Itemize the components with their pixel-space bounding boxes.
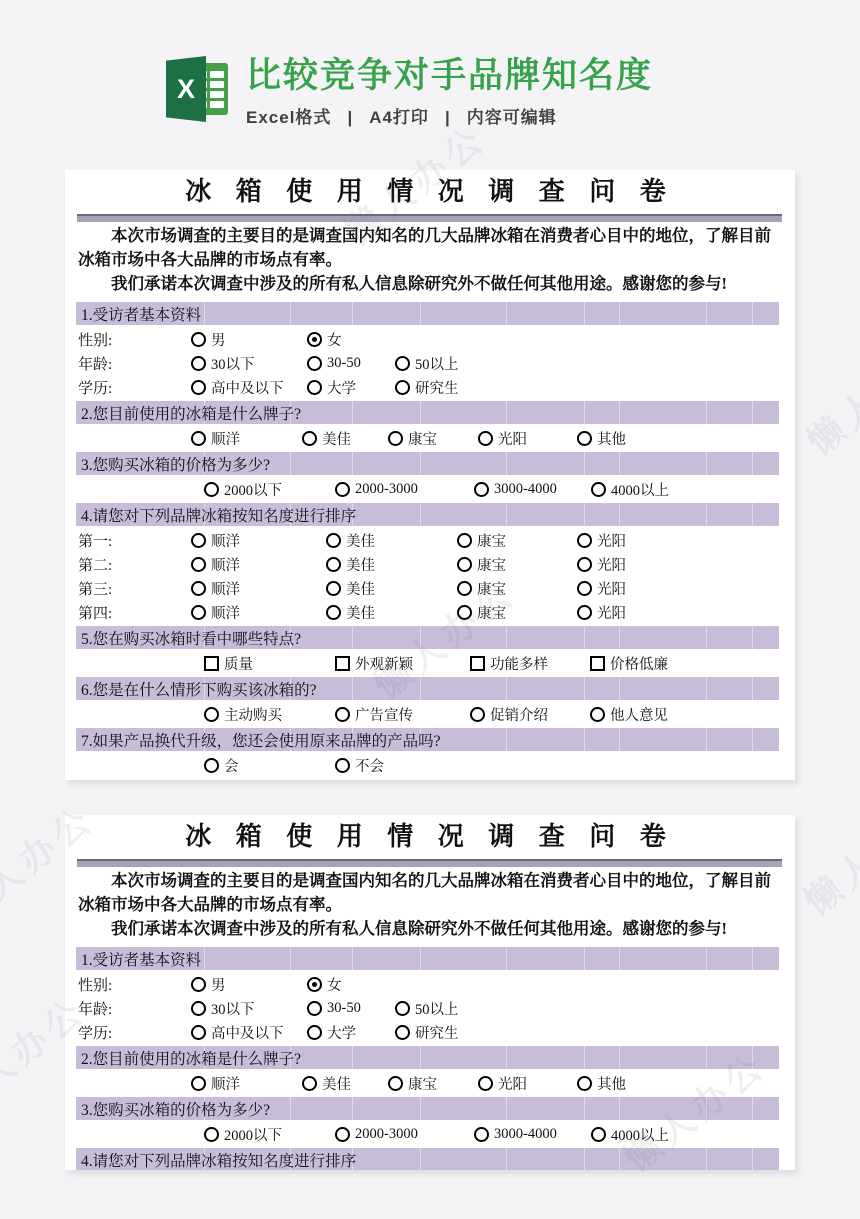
radio-icon (326, 533, 341, 548)
radio-option[interactable]: 康宝 (457, 602, 577, 623)
radio-option[interactable]: 顺洋 (191, 554, 326, 575)
radio-option[interactable]: 美佳 (326, 530, 457, 551)
radio-option[interactable]: 光阳 (577, 578, 626, 599)
radio-option[interactable]: 2000-3000 (335, 481, 474, 498)
intro-text: 本次市场调查的主要目的是调查国内知名的几大品牌冰箱在消费者心目中的地位，了解目前… (78, 869, 781, 941)
row-label: 第三: (65, 578, 191, 599)
age-row: 年龄: 30以下 30-50 50以上 (65, 353, 795, 374)
option-label: 大学 (327, 377, 356, 398)
section-7-header: 7.如果产品换代升级，您还会使用原来品牌的产品吗? (76, 728, 779, 751)
radio-option[interactable]: 会 (204, 755, 335, 776)
option-label: 2000-3000 (355, 1126, 418, 1143)
age-row: 年龄: 30以下 30-50 50以上 (65, 998, 795, 1019)
questionnaire-title: 冰 箱 使 用 情 况 调 查 问 卷 (65, 170, 795, 212)
radio-icon (307, 1001, 322, 1016)
section-3-header: 3.您购买冰箱的价格为多少? (76, 452, 779, 475)
radio-icon (191, 431, 206, 446)
radio-icon (388, 431, 403, 446)
option-label: 光阳 (597, 530, 626, 551)
checkbox-option[interactable]: 功能多样 (470, 653, 590, 674)
radio-icon (335, 482, 350, 497)
option-label: 高中及以下 (211, 1022, 284, 1043)
radio-icon (204, 707, 219, 722)
section-1-header: 1.受访者基本资料 (76, 302, 779, 325)
option-label: 广告宣传 (355, 704, 413, 725)
radio-icon (191, 557, 206, 572)
radio-icon (478, 1076, 493, 1091)
radio-icon (191, 356, 206, 371)
radio-option[interactable]: 康宝 (457, 578, 577, 599)
radio-icon (577, 557, 592, 572)
questionnaire-card-1: 冰 箱 使 用 情 况 调 查 问 卷 本次市场调查的主要目的是调查国内知名的几… (65, 170, 795, 780)
watermark: 懒人办公 (795, 322, 860, 466)
radio-icon (457, 533, 472, 548)
radio-icon-selected (307, 332, 322, 347)
radio-option[interactable]: 4000以上 (591, 1124, 669, 1145)
option-label: 顺洋 (211, 530, 240, 551)
option-label: 光阳 (597, 602, 626, 623)
option-label: 2000以下 (224, 479, 282, 500)
excel-x-logo: X (166, 56, 206, 122)
radio-icon (191, 380, 206, 395)
radio-option[interactable]: 女 (307, 329, 342, 350)
radio-icon (326, 605, 341, 620)
section-4-header: 4.请您对下列品牌冰箱按知名度进行排序 (76, 503, 779, 526)
radio-option[interactable]: 50以上 (395, 353, 459, 374)
radio-icon (591, 482, 606, 497)
radio-option[interactable]: 美佳 (302, 428, 388, 449)
radio-option[interactable]: 康宝 (457, 530, 577, 551)
radio-option[interactable]: 促销介绍 (470, 704, 590, 725)
option-label: 顺洋 (211, 554, 240, 575)
radio-option[interactable]: 光阳 (478, 1073, 577, 1094)
option-label: 2000-3000 (355, 481, 418, 498)
radio-option[interactable]: 主动购买 (204, 704, 335, 725)
radio-option[interactable]: 不会 (335, 755, 384, 776)
radio-icon (191, 977, 206, 992)
option-label: 研究生 (415, 377, 459, 398)
radio-icon (577, 533, 592, 548)
intro-paragraph: 本次市场调查的主要目的是调查国内知名的几大品牌冰箱在消费者心目中的地位，了解目前… (78, 224, 781, 272)
radio-icon (191, 1076, 206, 1091)
option-label: 康宝 (477, 578, 506, 599)
radio-option[interactable]: 男 (191, 974, 307, 995)
radio-icon (204, 1127, 219, 1142)
option-label: 康宝 (408, 1073, 437, 1094)
option-label: 顺洋 (211, 578, 240, 599)
option-label: 3000-4000 (494, 1126, 557, 1143)
radio-option[interactable]: 广告宣传 (335, 704, 470, 725)
option-label: 4000以上 (611, 1124, 669, 1145)
gender-row: 性别: 男 女 (65, 329, 795, 350)
option-label: 高中及以下 (211, 377, 284, 398)
education-row: 学历: 高中及以下 大学 研究生 (65, 377, 795, 398)
loyalty-row: 会 不会 (65, 755, 795, 776)
rank-row-2: 第二: 顺洋 美佳 康宝 光阳 (65, 554, 795, 575)
radio-option[interactable]: 2000-3000 (335, 1126, 474, 1143)
header-text: 比较竞争对手品牌知名度 Excel格式|A4打印|内容可编辑 (246, 56, 653, 128)
radio-option[interactable]: 高中及以下 (191, 1022, 307, 1043)
radio-option[interactable]: 50以上 (395, 998, 459, 1019)
radio-option[interactable]: 美佳 (302, 1073, 388, 1094)
radio-icon (577, 581, 592, 596)
radio-option[interactable]: 30以下 (191, 353, 307, 374)
option-label: 30以下 (211, 998, 255, 1019)
radio-option[interactable]: 顺洋 (191, 1073, 302, 1094)
section-2-header: 2.您目前使用的冰箱是什么牌子? (76, 401, 779, 424)
option-label: 男 (211, 974, 226, 995)
radio-option[interactable]: 其他 (577, 428, 626, 449)
radio-icon (307, 380, 322, 395)
option-label: 3000-4000 (494, 481, 557, 498)
radio-icon (395, 356, 410, 371)
option-label: 光阳 (498, 428, 527, 449)
radio-icon (307, 1025, 322, 1040)
radio-icon (388, 1076, 403, 1091)
title-divider (77, 859, 782, 867)
section-5-header: 5.您在购买冰箱时看中哪些特点? (76, 626, 779, 649)
gender-row: 性别: 男 女 (65, 974, 795, 995)
option-label: 顺洋 (211, 1073, 240, 1094)
radio-option[interactable]: 大学 (307, 1022, 395, 1043)
option-label: 其他 (597, 428, 626, 449)
intro-paragraph: 我们承诺本次调查中涉及的所有私人信息除研究外不做任何其他用途。感谢您的参与! (78, 272, 781, 296)
radio-option[interactable]: 30以下 (191, 998, 307, 1019)
option-label: 康宝 (477, 554, 506, 575)
option-label: 光阳 (597, 554, 626, 575)
checkbox-option[interactable]: 价格低廉 (590, 653, 668, 674)
watermark: 懒人办公 (792, 782, 860, 926)
excel-icon: X (166, 56, 230, 122)
brand-row: 顺洋 美佳 康宝 光阳 其他 (65, 428, 795, 449)
radio-option[interactable]: 光阳 (577, 530, 626, 551)
radio-option[interactable]: 2000以下 (204, 479, 335, 500)
option-label: 美佳 (346, 530, 375, 551)
page-subtitle: Excel格式|A4打印|内容可编辑 (246, 103, 653, 128)
checkbox-icon (590, 656, 605, 671)
format-badge: Excel格式 (246, 108, 331, 127)
radio-option[interactable]: 他人意见 (590, 704, 668, 725)
radio-icon (474, 482, 489, 497)
radio-icon (326, 557, 341, 572)
questionnaire-card-2: 冰 箱 使 用 情 况 调 查 问 卷 本次市场调查的主要目的是调查国内知名的几… (65, 815, 795, 1170)
radio-option[interactable]: 顺洋 (191, 530, 326, 551)
radio-option[interactable]: 其他 (577, 1073, 626, 1094)
option-label: 康宝 (477, 602, 506, 623)
radio-icon (302, 431, 317, 446)
row-label: 学历: (65, 1022, 191, 1043)
option-label: 30-50 (327, 1000, 361, 1017)
radio-option[interactable]: 4000以上 (591, 479, 669, 500)
price-row: 2000以下 2000-3000 3000-4000 4000以上 (65, 479, 795, 500)
option-label: 女 (327, 974, 342, 995)
radio-option[interactable]: 光阳 (478, 428, 577, 449)
row-label: 性别: (65, 974, 191, 995)
row-label: 年龄: (65, 353, 191, 374)
option-label: 价格低廉 (610, 653, 668, 674)
section-2-header: 2.您目前使用的冰箱是什么牌子? (76, 1046, 779, 1069)
option-label: 他人意见 (610, 704, 668, 725)
price-row: 2000以下 2000-3000 3000-4000 4000以上 (65, 1124, 795, 1145)
radio-icon (191, 1001, 206, 1016)
radio-option[interactable]: 2000以下 (204, 1124, 335, 1145)
page-title: 比较竞争对手品牌知名度 (246, 56, 653, 96)
checkbox-option[interactable]: 外观新颖 (335, 653, 470, 674)
checkbox-icon (470, 656, 485, 671)
option-label: 顺洋 (211, 602, 240, 623)
radio-icon (335, 707, 350, 722)
option-label: 美佳 (322, 1073, 351, 1094)
radio-option[interactable]: 高中及以下 (191, 377, 307, 398)
radio-option[interactable]: 美佳 (326, 554, 457, 575)
radio-icon (395, 1025, 410, 1040)
option-label: 30以下 (211, 353, 255, 374)
radio-icon (326, 581, 341, 596)
radio-option[interactable]: 康宝 (388, 428, 478, 449)
radio-icon (478, 431, 493, 446)
option-label: 质量 (224, 653, 253, 674)
radio-option[interactable]: 研究生 (395, 1022, 459, 1043)
separator: | (445, 108, 451, 127)
questionnaire-title: 冰 箱 使 用 情 况 调 查 问 卷 (65, 815, 795, 857)
section-3-header: 3.您购买冰箱的价格为多少? (76, 1097, 779, 1120)
radio-option[interactable]: 大学 (307, 377, 395, 398)
radio-icon (204, 482, 219, 497)
intro-paragraph: 本次市场调查的主要目的是调查国内知名的几大品牌冰箱在消费者心目中的地位，了解目前… (78, 869, 781, 917)
option-label: 促销介绍 (490, 704, 548, 725)
radio-icon-selected (307, 977, 322, 992)
radio-icon (395, 380, 410, 395)
site-header: X 比较竞争对手品牌知名度 Excel格式|A4打印|内容可编辑 (166, 56, 653, 128)
radio-icon (191, 1025, 206, 1040)
radio-icon (591, 1127, 606, 1142)
brand-row: 顺洋 美佳 康宝 光阳 其他 (65, 1073, 795, 1094)
radio-option[interactable]: 光阳 (577, 554, 626, 575)
radio-option[interactable]: 顺洋 (191, 428, 302, 449)
radio-icon (307, 356, 322, 371)
intro-text: 本次市场调查的主要目的是调查国内知名的几大品牌冰箱在消费者心目中的地位，了解目前… (78, 224, 781, 296)
radio-icon (191, 332, 206, 347)
option-label: 康宝 (477, 530, 506, 551)
purchase-context-row: 主动购买 广告宣传 促销介绍 他人意见 (65, 704, 795, 725)
radio-icon (204, 758, 219, 773)
option-label: 30-50 (327, 355, 361, 372)
radio-icon (302, 1076, 317, 1091)
radio-option[interactable]: 顺洋 (191, 578, 326, 599)
option-label: 康宝 (408, 428, 437, 449)
row-label: 学历: (65, 377, 191, 398)
radio-option[interactable]: 30-50 (307, 355, 395, 372)
option-label: 美佳 (322, 428, 351, 449)
radio-option[interactable]: 美佳 (326, 578, 457, 599)
radio-icon (457, 581, 472, 596)
option-label: 不会 (355, 755, 384, 776)
radio-option[interactable]: 3000-4000 (474, 1126, 591, 1143)
radio-option[interactable]: 顺洋 (191, 602, 326, 623)
row-label: 年龄: (65, 998, 191, 1019)
checkbox-icon (204, 656, 219, 671)
option-label: 50以上 (415, 353, 459, 374)
radio-icon (457, 557, 472, 572)
section-1-header: 1.受访者基本资料 (76, 947, 779, 970)
radio-option[interactable]: 3000-4000 (474, 481, 591, 498)
section-6-header: 6.您是在什么情形下购买该冰箱的? (76, 677, 779, 700)
row-label: 第一: (65, 530, 191, 551)
intro-paragraph: 我们承诺本次调查中涉及的所有私人信息除研究外不做任何其他用途。感谢您的参与! (78, 917, 781, 941)
radio-option[interactable]: 女 (307, 974, 342, 995)
radio-option[interactable]: 康宝 (457, 554, 577, 575)
option-label: 50以上 (415, 998, 459, 1019)
row-label: 性别: (65, 329, 191, 350)
option-label: 功能多样 (490, 653, 548, 674)
radio-icon (470, 707, 485, 722)
row-label: 第四: (65, 602, 191, 623)
radio-icon (457, 605, 472, 620)
option-label: 美佳 (346, 602, 375, 623)
option-label: 光阳 (498, 1073, 527, 1094)
radio-icon (590, 707, 605, 722)
radio-icon (395, 1001, 410, 1016)
option-label: 研究生 (415, 1022, 459, 1043)
education-row: 学历: 高中及以下 大学 研究生 (65, 1022, 795, 1043)
row-label: 第二: (65, 554, 191, 575)
radio-icon (577, 431, 592, 446)
radio-option[interactable]: 康宝 (388, 1073, 478, 1094)
radio-icon (191, 533, 206, 548)
title-divider (77, 214, 782, 222)
option-label: 美佳 (346, 578, 375, 599)
option-label: 大学 (327, 1022, 356, 1043)
print-badge: A4打印 (369, 108, 429, 127)
radio-option[interactable]: 光阳 (577, 602, 626, 623)
option-label: 外观新颖 (355, 653, 413, 674)
option-label: 4000以上 (611, 479, 669, 500)
checkbox-option[interactable]: 质量 (204, 653, 335, 674)
checkbox-icon (335, 656, 350, 671)
option-label: 美佳 (346, 554, 375, 575)
option-label: 男 (211, 329, 226, 350)
option-label: 会 (224, 755, 239, 776)
rank-row-3: 第三: 顺洋 美佳 康宝 光阳 (65, 578, 795, 599)
radio-icon (577, 605, 592, 620)
option-label: 顺洋 (211, 428, 240, 449)
radio-icon (474, 1127, 489, 1142)
option-label: 2000以下 (224, 1124, 282, 1145)
section-4-header: 4.请您对下列品牌冰箱按知名度进行排序 (76, 1148, 779, 1170)
radio-icon (335, 758, 350, 773)
radio-option[interactable]: 研究生 (395, 377, 459, 398)
radio-option[interactable]: 男 (191, 329, 307, 350)
rank-row-1: 第一: 顺洋 美佳 康宝 光阳 (65, 530, 795, 551)
radio-icon (335, 1127, 350, 1142)
editable-badge: 内容可编辑 (467, 108, 557, 127)
radio-icon (191, 581, 206, 596)
radio-icon (577, 1076, 592, 1091)
radio-option[interactable]: 美佳 (326, 602, 457, 623)
features-row: 质量 外观新颖 功能多样 价格低廉 (65, 653, 795, 674)
option-label: 其他 (597, 1073, 626, 1094)
separator: | (347, 108, 353, 127)
option-label: 光阳 (597, 578, 626, 599)
option-label: 女 (327, 329, 342, 350)
radio-icon (191, 605, 206, 620)
rank-row-4: 第四: 顺洋 美佳 康宝 光阳 (65, 602, 795, 623)
option-label: 主动购买 (224, 704, 282, 725)
radio-option[interactable]: 30-50 (307, 1000, 395, 1017)
